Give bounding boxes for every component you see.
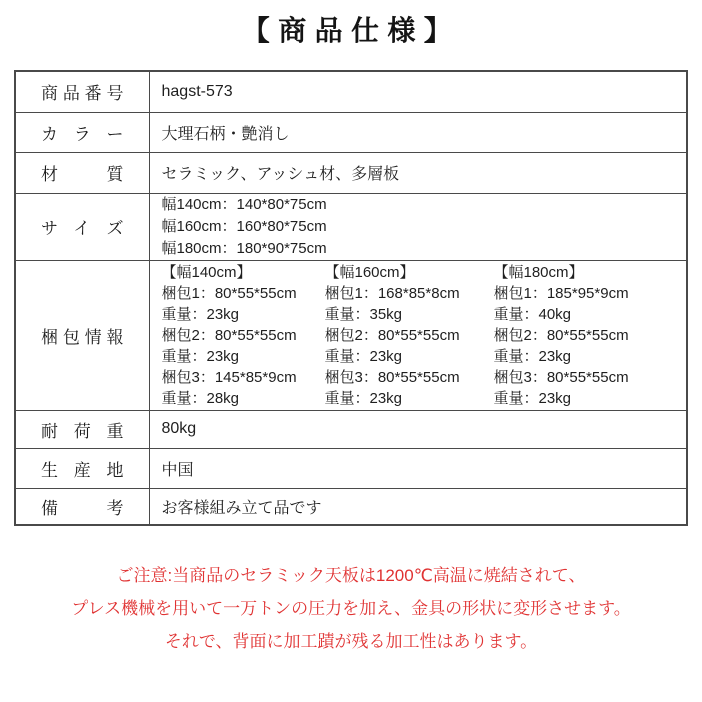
packing-line: 重量：35kg [325,304,494,325]
spec-row-item-number: 商品番号 hagst-573 [15,71,687,112]
row-label-remarks: 備考 [15,488,149,525]
packing-header-180: 【幅180cm】 [494,262,679,283]
page-title: 【商品仕様】 [0,0,702,49]
spec-row-origin: 生産地 中国 [15,448,687,488]
packing-line: 梱包3：80*55*55cm [494,367,679,388]
packing-header-140: 【幅140cm】 [162,262,325,283]
packing-line: 重量：23kg [325,346,494,367]
packing-line: 重量：40kg [494,304,679,325]
row-label-material: 材質 [15,152,149,193]
packing-line: 梱包2：80*55*55cm [494,325,679,346]
packing-line: 重量：23kg [325,388,494,409]
row-label-item-number: 商品番号 [15,71,149,112]
row-value-size: 幅140cm：140*80*75cm 幅160cm：160*80*75cm 幅1… [149,193,687,260]
spec-table: 商品番号 hagst-573 カラー 大理石柄・艶消し 材質 セラミック、アッシ… [14,70,688,526]
row-label-packing: 梱包情報 [15,260,149,410]
row-label-size: サイズ [15,193,149,260]
row-value-load-capacity: 80kg [149,410,687,448]
row-value-material: セラミック、アッシュ材、多層板 [149,152,687,193]
size-line-180: 幅180cm：180*90*75cm [162,238,679,260]
spec-row-color: カラー 大理石柄・艶消し [15,112,687,152]
row-value-remarks: お客様組み立て品です [149,488,687,525]
spec-row-load-capacity: 耐荷重 80kg [15,410,687,448]
row-value-packing: 【幅140cm】 梱包1：80*55*55cm 重量：23kg 梱包2：80*5… [149,260,687,410]
packing-columns: 【幅140cm】 梱包1：80*55*55cm 重量：23kg 梱包2：80*5… [162,262,679,409]
row-label-color: カラー [15,112,149,152]
row-value-item-number: hagst-573 [149,71,687,112]
row-label-origin: 生産地 [15,448,149,488]
packing-column-180: 【幅180cm】 梱包1：185*95*9cm 重量：40kg 梱包2：80*5… [494,262,679,409]
packing-line: 重量：23kg [162,346,325,367]
spec-row-material: 材質 セラミック、アッシュ材、多層板 [15,152,687,193]
notice-line-3: それで、背面に加工蹟が残る加工性はあります。 [0,625,702,658]
notice-line-1: ご注意:当商品のセラミック天板は1200℃高温に焼結されて、 [0,559,702,592]
row-label-load-capacity: 耐荷重 [15,410,149,448]
packing-column-160: 【幅160cm】 梱包1：168*85*8cm 重量：35kg 梱包2：80*5… [325,262,494,409]
packing-line: 重量：23kg [162,304,325,325]
packing-line: 重量：23kg [494,388,679,409]
spec-row-size: サイズ 幅140cm：140*80*75cm 幅160cm：160*80*75c… [15,193,687,260]
packing-line: 梱包3：80*55*55cm [325,367,494,388]
packing-line: 梱包1：168*85*8cm [325,283,494,304]
row-value-origin: 中国 [149,448,687,488]
notice-line-2: プレス機械を用いて一万トンの圧力を加え、金具の形状に変形させます。 [0,592,702,625]
packing-line: 梱包1：80*55*55cm [162,283,325,304]
packing-header-160: 【幅160cm】 [325,262,494,283]
packing-line: 梱包1：185*95*9cm [494,283,679,304]
spec-row-packing: 梱包情報 【幅140cm】 梱包1：80*55*55cm 重量：23kg 梱包2… [15,260,687,410]
spec-row-remarks: 備考 お客様組み立て品です [15,488,687,525]
packing-line: 梱包2：80*55*55cm [162,325,325,346]
row-value-color: 大理石柄・艶消し [149,112,687,152]
packing-line: 重量：28kg [162,388,325,409]
packing-line: 梱包2：80*55*55cm [325,325,494,346]
packing-line: 梱包3：145*85*9cm [162,367,325,388]
packing-column-140: 【幅140cm】 梱包1：80*55*55cm 重量：23kg 梱包2：80*5… [162,262,325,409]
size-line-140: 幅140cm：140*80*75cm [162,194,679,216]
size-line-160: 幅160cm：160*80*75cm [162,216,679,238]
product-spec-page: 【商品仕様】 商品番号 hagst-573 カラー 大理石柄・艶消し 材質 セラ… [0,0,702,702]
packing-line: 重量：23kg [494,346,679,367]
caution-notice: ご注意:当商品のセラミック天板は1200℃高温に焼結されて、 プレス機械を用いて… [0,559,702,658]
